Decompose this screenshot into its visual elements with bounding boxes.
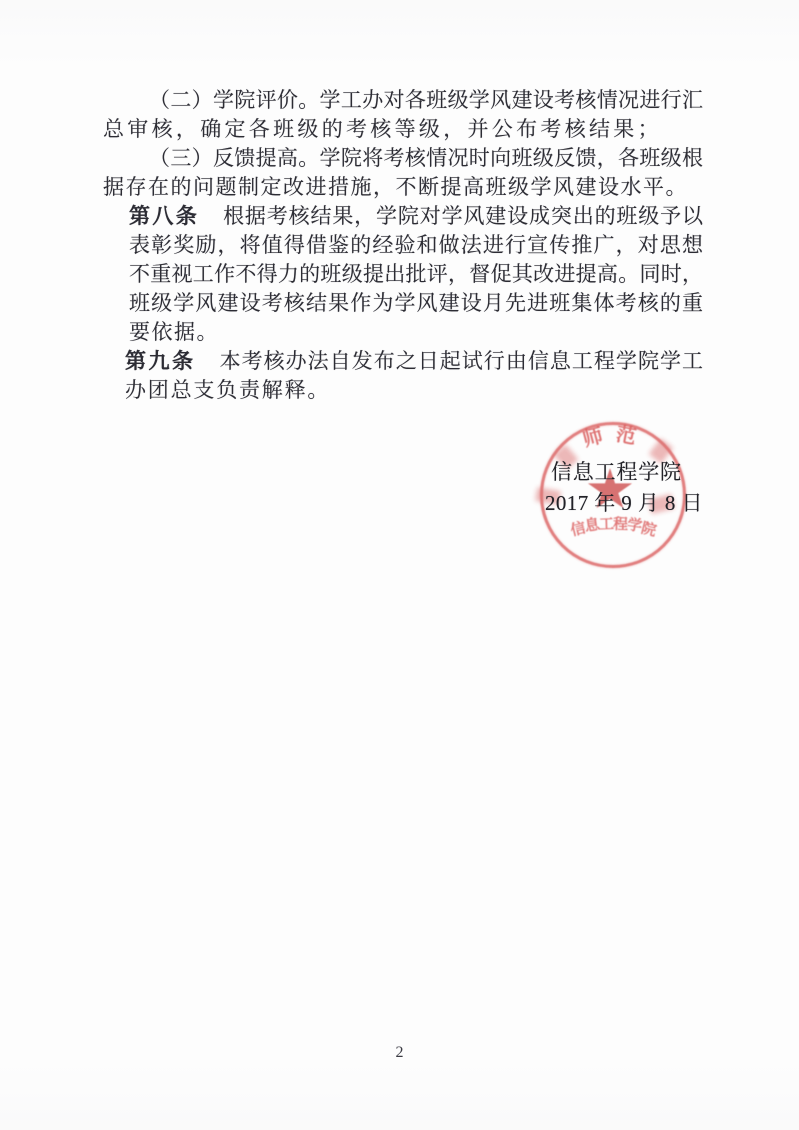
- page-number: 2: [0, 1044, 799, 1062]
- document-line: 要依据。: [103, 318, 703, 347]
- seal-bottom-text: 信息工程学院: [540, 518, 686, 533]
- document-line: 表彰奖励，将值得借鉴的经验和做法进行宣传推广，对思想: [103, 231, 703, 260]
- seal-arc-char: 范: [614, 424, 637, 447]
- scanned-document-page: （二）学院评价。学工办对各班级学风建设考核情况进行汇 总审核，确定各班级的考核等…: [0, 0, 799, 1130]
- document-body: （二）学院评价。学工办对各班级学风建设考核情况进行汇 总审核，确定各班级的考核等…: [103, 86, 703, 405]
- seal-bottom-char: 程: [613, 518, 628, 533]
- article-9-text: 本考核办法自发布之日起试行由信息工程学院学工: [220, 349, 703, 373]
- document-line: （三）反馈提高。学院将考核情况时向班级反馈，各班级根: [103, 144, 703, 173]
- document-line: 第八条根据考核结果，学院对学风建设成突出的班级予以: [103, 202, 703, 231]
- document-line: （二）学院评价。学工办对各班级学风建设考核情况进行汇: [103, 86, 703, 115]
- document-line: 据存在的问题制定改进措施，不断提高班级学风建设水平。: [103, 173, 703, 202]
- signature-date: 2017 年 9 月 8 日: [545, 487, 703, 517]
- seal-bottom-char: 工: [599, 518, 614, 533]
- article-9-label: 第九条: [125, 349, 196, 373]
- signature-organization: 信息工程学院: [551, 456, 682, 486]
- document-line: 不重视工作不得力的班级提出批评，督促其改进提高。同时，: [103, 260, 703, 289]
- article-8-label: 第八条: [129, 204, 199, 228]
- seal-bottom-char: 院: [639, 522, 656, 540]
- document-line: 第九条本考核办法自发布之日起试行由信息工程学院学工: [103, 347, 703, 376]
- seal-bottom-char: 息: [584, 518, 600, 535]
- article-8-text: 根据考核结果，学院对学风建设成突出的班级予以: [223, 204, 703, 228]
- document-line: 总审核，确定各班级的考核等级，并公布考核结果；: [103, 115, 703, 144]
- document-line: 班级学风建设考核结果作为学风建设月先进班集体考核的重: [103, 289, 703, 318]
- document-line: 办团总支负责解释。: [103, 376, 703, 405]
